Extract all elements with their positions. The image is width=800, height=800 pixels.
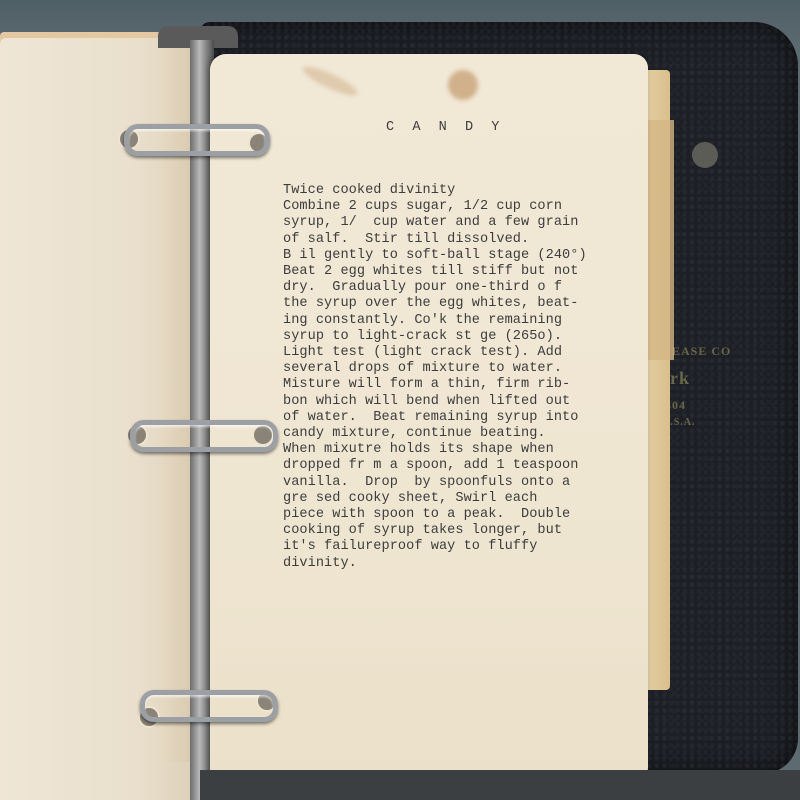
binder-ring-top[interactable] — [124, 124, 270, 156]
binder-imprint-line-1: EASE CO — [672, 344, 731, 359]
recipe-line: of salf. Stir till dissolved. — [283, 232, 653, 248]
recipe-text: C A N D Y Twice cooked divinityCombine 2… — [283, 88, 653, 588]
recipe-line: cooking of syrup takes longer, but — [283, 523, 653, 539]
recipe-line: divinity. — [283, 556, 653, 572]
recipe-line: of water. Beat remaining syrup into — [283, 410, 653, 426]
recipe-line: Twice cooked divinity — [283, 183, 653, 199]
recipe-line: it's failureproof way to fluffy — [283, 539, 653, 555]
binder-ring-bottom[interactable] — [140, 690, 278, 722]
recipe-line: bon which will bend when lifted out — [283, 394, 653, 410]
recipe-line: syrup to light-crack st ge (265o). — [283, 329, 653, 345]
recipe-title: C A N D Y — [283, 120, 653, 136]
recipe-line: vanilla. Drop by spoonfuls onto a — [283, 475, 653, 491]
recipe-line: several drops of mixture to water. — [283, 361, 653, 377]
recipe-line: dropped fr m a spoon, add 1 teaspoon — [283, 458, 653, 474]
recipe-line: Misture will form a thin, firm rib- — [283, 377, 653, 393]
recipe-line: Light test (light crack test). Add — [283, 345, 653, 361]
table-surface — [200, 770, 800, 800]
recipe-line: candy mixture, continue beating. — [283, 426, 653, 442]
recipe-line: Beat 2 egg whites till stiff but not — [283, 264, 653, 280]
recipe-body: Twice cooked divinityCombine 2 cups suga… — [283, 183, 653, 572]
recipe-line: piece with spoon to a peak. Double — [283, 507, 653, 523]
recipe-line: When mixutre holds its shape when — [283, 442, 653, 458]
recipe-line: Combine 2 cups sugar, 1/2 cup corn — [283, 199, 653, 215]
cover-worn-spot — [692, 142, 718, 168]
recipe-line: ing constantly. Co'k the remaining — [283, 313, 653, 329]
recipe-line: gre sed cooky sheet, Swirl each — [283, 491, 653, 507]
binder-ring-middle[interactable] — [130, 420, 278, 452]
recipe-line: B il gently to soft-ball stage (240°) — [283, 248, 653, 264]
recipe-line: dry. Gradually pour one-third o f — [283, 280, 653, 296]
recipe-line: syrup, 1/ cup water and a few grain — [283, 215, 653, 231]
recipe-line: the syrup over the egg whites, beat- — [283, 296, 653, 312]
